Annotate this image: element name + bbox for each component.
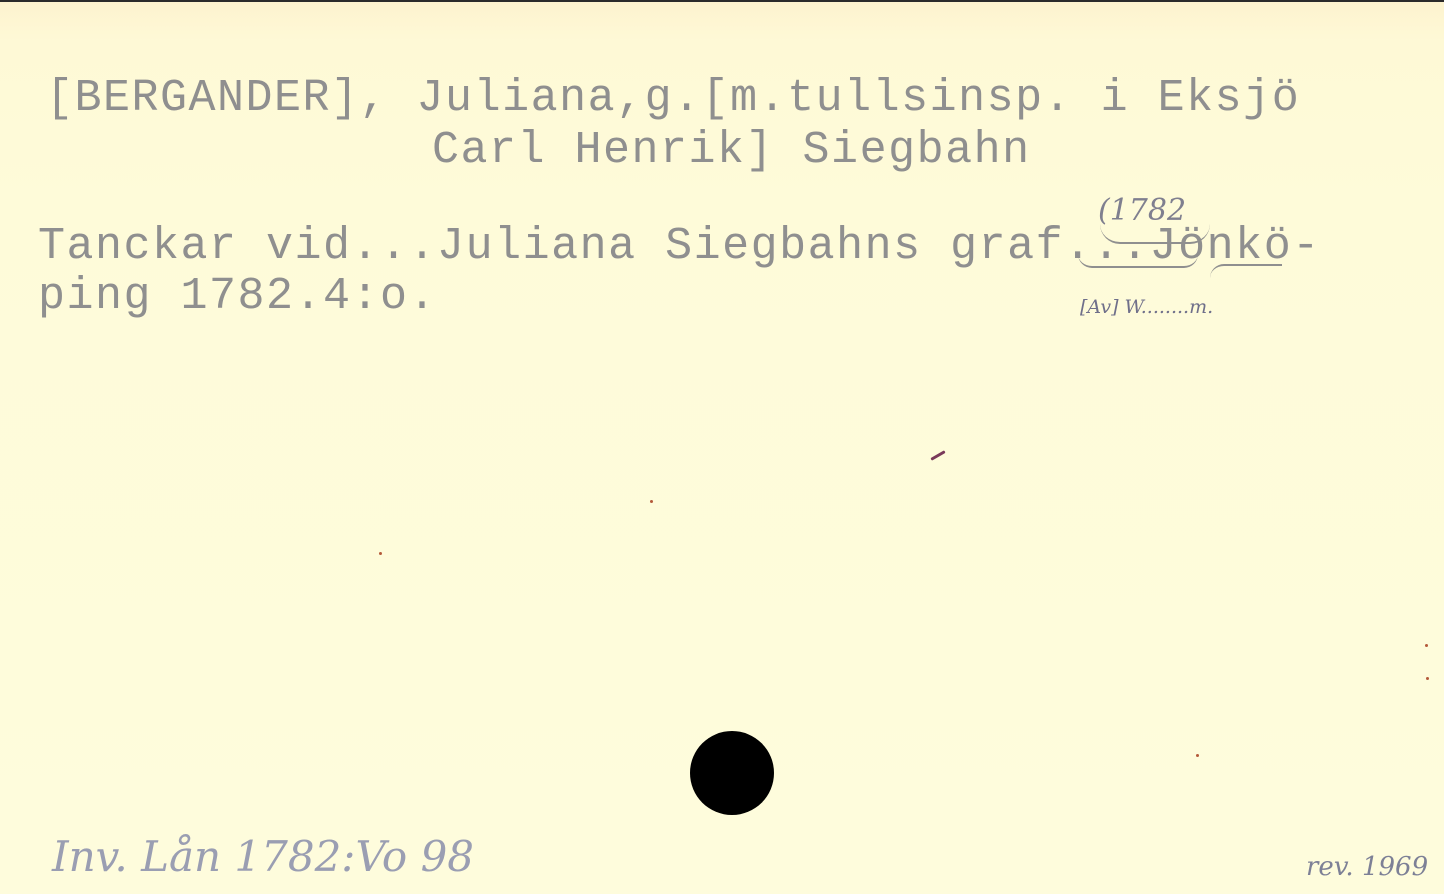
author-note: [Av] W........m. <box>1080 298 1213 317</box>
insert-caret-mark <box>1100 224 1210 244</box>
catalog-card: [BERGANDER], Juliana,g.[m.tullsinsp. i E… <box>0 0 1444 894</box>
title-line-2: ping 1782.4:o. <box>38 274 437 319</box>
paper-speck <box>379 552 382 555</box>
heading-line-2: Carl Henrik] Siegbahn <box>432 128 1031 173</box>
underline-mark-2 <box>1210 264 1282 278</box>
heading-line-1: [BERGANDER], Juliana,g.[m.tullsinsp. i E… <box>46 76 1300 121</box>
ink-stroke-mark <box>930 450 945 461</box>
underline-mark-1 <box>1078 254 1198 268</box>
paper-speck <box>1196 754 1199 757</box>
punch-hole <box>690 731 774 815</box>
paper-speck <box>1426 677 1429 680</box>
paper-speck <box>650 500 653 503</box>
paper-speck <box>1425 644 1428 647</box>
revision-note: rev. 1969 <box>1306 854 1428 880</box>
year-insert-note: (1782 <box>1098 196 1186 226</box>
shelfmark-note: Inv. Lån 1782:Vo 98 <box>52 836 474 878</box>
